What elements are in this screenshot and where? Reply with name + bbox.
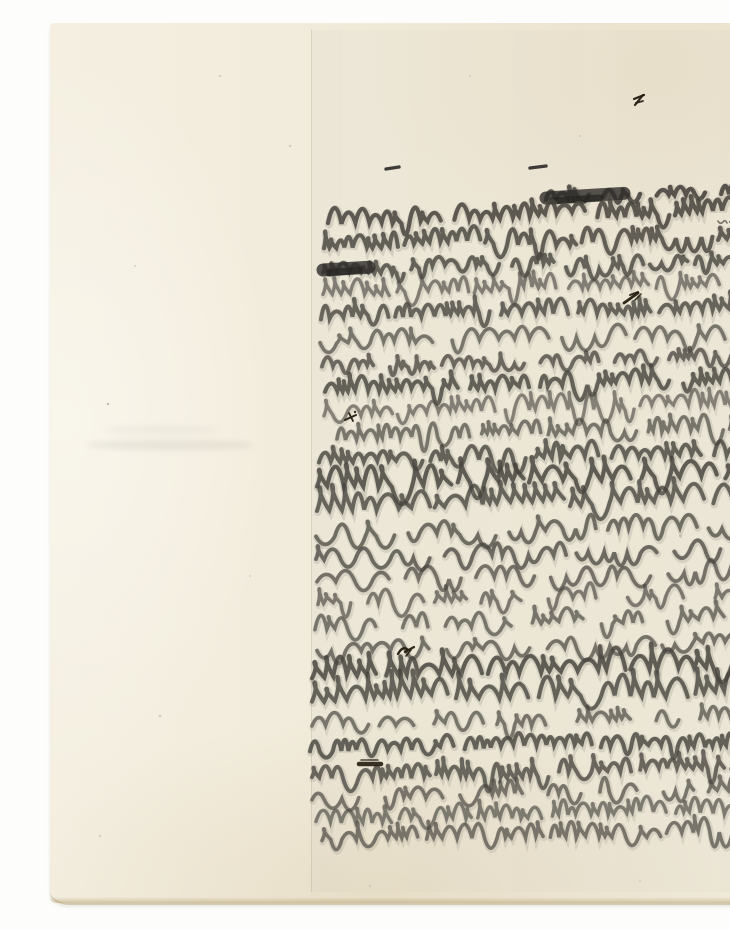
- pencil-dash-b: [530, 166, 546, 168]
- pencil-dash-a: [386, 167, 399, 169]
- speckle: [289, 145, 291, 147]
- artwork-scan: Scanned drawing: many horizontal lines o…: [40, 16, 730, 914]
- graphite-bar-core: [552, 198, 600, 201]
- scribble-drawing: [40, 16, 730, 914]
- speckle: [99, 835, 101, 837]
- pencil-u-colon: [718, 221, 727, 224]
- speckle: [219, 75, 221, 77]
- speckle: [519, 775, 521, 777]
- speckle: [579, 135, 581, 137]
- speckle: [639, 880, 641, 882]
- speckle: [134, 265, 136, 267]
- speckle: [469, 75, 471, 77]
- speckle: [679, 535, 681, 537]
- ghost-smudge: [102, 426, 220, 434]
- ghost-smudges: [86, 426, 254, 450]
- scribble-lines: [310, 185, 730, 852]
- ink-asterisk: [354, 411, 356, 413]
- speckle: [369, 885, 371, 887]
- speckle: [107, 403, 109, 405]
- graphite-bar-core: [329, 270, 359, 273]
- speckle: [159, 715, 162, 718]
- speckle: [249, 575, 251, 577]
- ghost-smudge: [86, 440, 254, 450]
